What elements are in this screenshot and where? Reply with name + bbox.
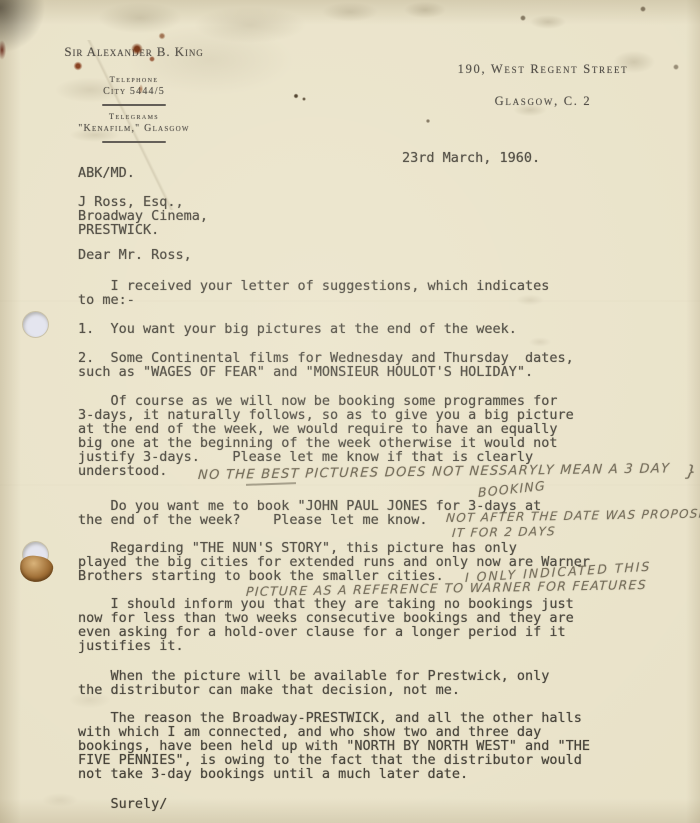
letter-page: Sir Alexander B. King Telephone City 544… <box>0 0 700 823</box>
letter-line: PRESTWICK. <box>78 223 208 237</box>
letter-line: not take 3-day bookings until a much lat… <box>78 767 590 781</box>
divider <box>102 141 166 143</box>
street-address: 190, West Regent Street <box>437 62 649 77</box>
city-address: Glasgow, C. 2 <box>437 94 649 109</box>
telephone-label: Telephone <box>54 74 214 85</box>
letter-date: 23rd March, 1960. <box>402 151 540 165</box>
letter-line: 3-days, it naturally follows, so as to g… <box>78 408 574 422</box>
letter-line: Of course as we will now be booking some… <box>78 394 574 408</box>
paragraph-9: The reason the Broadway-PRESTWICK, and a… <box>78 711 590 781</box>
letter-line: with which I am connected, and who show … <box>78 725 590 739</box>
letter-line: I received your letter of suggestions, w… <box>78 279 549 293</box>
paragraph-1: I received your letter of suggestions, w… <box>78 279 549 307</box>
divider <box>102 104 166 106</box>
reference-line: ABK/MD. <box>78 166 135 180</box>
paragraph-3: 2. Some Continental films for Wednesday … <box>78 351 574 379</box>
telegrams-label: Telegrams <box>54 111 214 122</box>
letter-line: now for less than two weeks consecutive … <box>78 611 574 625</box>
torn-paper-patch <box>19 554 55 583</box>
paragraph-7: I should inform you that they are taking… <box>78 597 574 653</box>
letter-line: justify 3-days. Please let me know if th… <box>78 450 574 464</box>
letter-line: 1. You want your big pictures at the end… <box>78 322 517 336</box>
letter-line: even asking for a hold-over clause for a… <box>78 625 574 639</box>
letter-line: I should inform you that they are taking… <box>78 597 574 611</box>
telephone-number: City 5444/5 <box>54 85 214 98</box>
letterhead-contact: Telephone City 5444/5 Telegrams "Kenafil… <box>54 74 214 143</box>
pencil-flourish: } <box>685 461 699 481</box>
letter-line: big one at the beginning of the week oth… <box>78 436 574 450</box>
letter-line: J Ross, Esq., <box>78 195 208 209</box>
letter-line: justifies it. <box>78 639 574 653</box>
letterhead-name: Sir Alexander B. King <box>54 44 214 60</box>
pencil-annotation-2b: IT FOR 2 DAYS <box>452 524 557 540</box>
letter-line: Regarding "THE NUN'S STORY", this pictur… <box>78 541 590 555</box>
paragraph-2: 1. You want your big pictures at the end… <box>78 322 517 336</box>
telegrams-address: "Kenafilm," Glasgow <box>54 122 214 135</box>
pencil-annotation-1b: BOOKING <box>478 478 546 500</box>
letter-line: such as "WAGES OF FEAR" and "MONSIEUR HO… <box>78 365 574 379</box>
letter-line: the distributor can make that decision, … <box>78 683 549 697</box>
letter-line: at the end of the week, we would require… <box>78 422 574 436</box>
pencil-underline <box>246 482 296 486</box>
letter-line: The reason the Broadway-PRESTWICK, and a… <box>78 711 590 725</box>
letter-line: Broadway Cinema, <box>78 209 208 223</box>
letter-line: 2. Some Continental films for Wednesday … <box>78 351 574 365</box>
letter-line: to me:- <box>78 293 549 307</box>
paragraph-8: When the picture will be available for P… <box>78 669 549 697</box>
recipient-address: J Ross, Esq.,Broadway Cinema,PRESTWICK. <box>78 195 208 237</box>
letter-line: bookings, have been held up with "NORTH … <box>78 739 590 753</box>
letterhead-address: 190, West Regent Street Glasgow, C. 2 <box>437 62 649 109</box>
letter-line: FIVE PENNIES", is owing to the fact that… <box>78 753 590 767</box>
letterhead: Sir Alexander B. King Telephone City 544… <box>54 44 214 148</box>
letter-line: When the picture will be available for P… <box>78 669 549 683</box>
punch-hole-top <box>23 312 48 337</box>
continuation-mark: Surely/ <box>78 797 167 811</box>
salutation: Dear Mr. Ross, <box>78 248 192 262</box>
